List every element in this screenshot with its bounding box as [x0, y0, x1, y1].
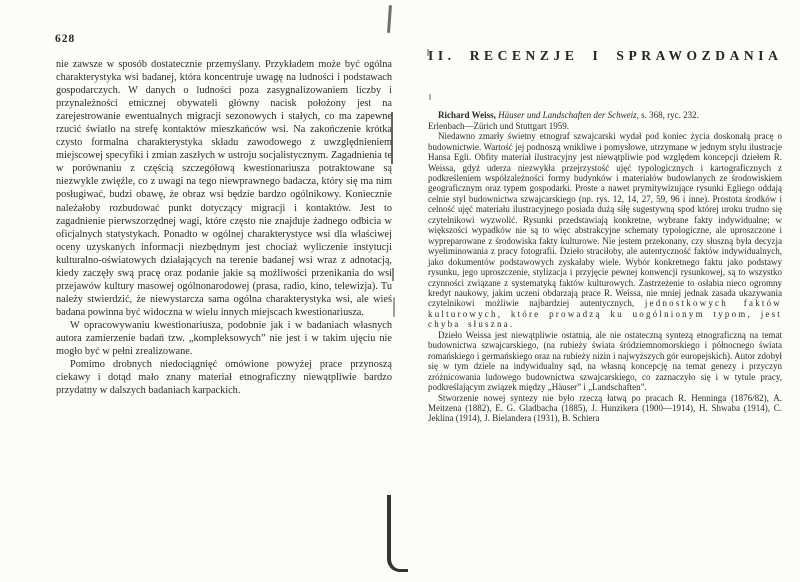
scan-artifact: [429, 94, 431, 100]
left-page-text-column: nie zawsze w sposób dostatecznie przemyś…: [56, 58, 392, 397]
review-paragraph: Stworzenie nowej syntezy nie było rzeczą…: [428, 393, 782, 424]
review-body: Niedawno zmarły świetny etnograf szwajca…: [428, 131, 782, 424]
citation-author: Richard Weiss,: [438, 110, 498, 120]
page-number: 628: [55, 33, 75, 45]
citation-title: Häuser und Landschaften der Schweiz,: [498, 110, 641, 120]
citation-details: s. 368, ryc. 232.: [641, 110, 699, 120]
book-spread: 628 nie zawsze w sposób dostatecznie prz…: [0, 0, 800, 582]
section-heading: II. RECENZJE I SPRAWOZDANIA: [428, 48, 782, 64]
left-paragraph: Pomimo drobnych niedociągnięć omówione p…: [56, 358, 392, 397]
book-citation: Richard Weiss, Häuser und Landschaften d…: [428, 110, 782, 131]
scan-artifact: [427, 49, 429, 56]
left-paragraph-continuation: nie zawsze w sposób dostatecznie przemyś…: [56, 58, 392, 319]
review-paragraph-text: Niedawno zmarły świetny etnograf szwajca…: [428, 131, 782, 308]
scan-artifact: [391, 112, 393, 164]
left-paragraph: W opracowywaniu kwestionariusza, podobni…: [56, 319, 392, 358]
scan-artifact: [387, 5, 392, 33]
right-page-text-column: II. RECENZJE I SPRAWOZDANIA Richard Weis…: [428, 48, 782, 424]
review-paragraph: Niedawno zmarły świetny etnograf szwajca…: [428, 131, 782, 330]
citation-imprint: Erlenbach—Zürich und Stuttgart 1959.: [428, 121, 569, 131]
scan-artifact: [387, 495, 408, 572]
review-paragraph: Dzieło Weissa jest niewątpliwie ostatnią…: [428, 330, 782, 393]
scan-artifact: [392, 268, 394, 281]
scan-artifact: [393, 297, 395, 317]
